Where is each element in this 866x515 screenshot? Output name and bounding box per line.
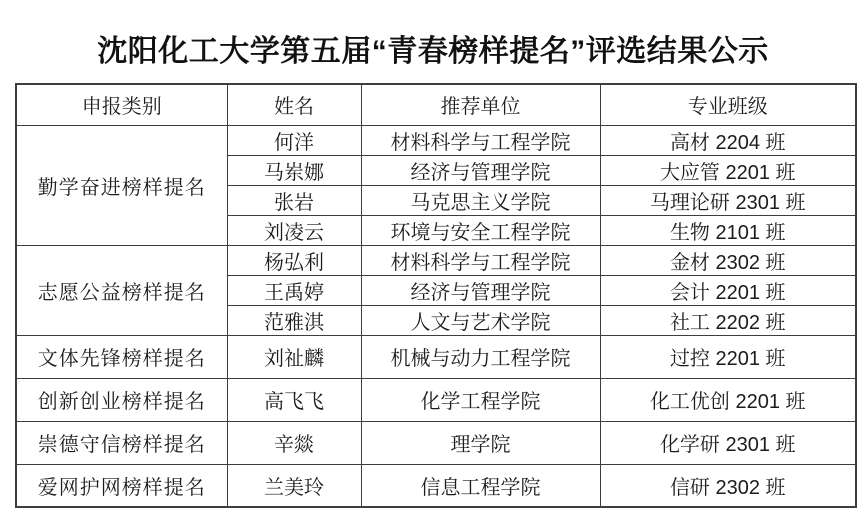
category-cell: 勤学奋进榜样提名 bbox=[16, 125, 227, 245]
category-cell: 志愿公益榜样提名 bbox=[16, 245, 227, 335]
unit-cell: 材料科学与工程学院 bbox=[361, 125, 600, 155]
unit-cell: 经济与管理学院 bbox=[361, 155, 600, 185]
class-cell: 高材 2204 班 bbox=[600, 125, 856, 155]
unit-cell: 经济与管理学院 bbox=[361, 275, 600, 305]
unit-cell: 信息工程学院 bbox=[361, 464, 600, 507]
class-cell: 信研 2302 班 bbox=[600, 464, 856, 507]
header-cell-category: 申报类别 bbox=[16, 84, 227, 125]
unit-cell: 化学工程学院 bbox=[361, 378, 600, 421]
results-table: 申报类别 姓名 推荐单位 专业班级 勤学奋进榜样提名 何洋 材料科学与工程学院 … bbox=[15, 83, 857, 508]
table-row: 文体先锋榜样提名 刘祉麟 机械与动力工程学院 过控 2201 班 bbox=[16, 335, 856, 378]
unit-cell: 理学院 bbox=[361, 421, 600, 464]
header-row: 申报类别 姓名 推荐单位 专业班级 bbox=[16, 84, 856, 125]
announcement-page: 沈阳化工大学第五届“青春榜样提名”评选结果公示 申报类别 姓名 推荐单位 专业班… bbox=[0, 0, 866, 515]
header-cell-unit: 推荐单位 bbox=[361, 84, 600, 125]
name-cell: 张岩 bbox=[227, 185, 361, 215]
unit-cell: 材料科学与工程学院 bbox=[361, 245, 600, 275]
table-row: 崇德守信榜样提名 辛燚 理学院 化学研 2301 班 bbox=[16, 421, 856, 464]
category-cell: 崇德守信榜样提名 bbox=[16, 421, 227, 464]
name-cell: 高飞飞 bbox=[227, 378, 361, 421]
name-cell: 刘祉麟 bbox=[227, 335, 361, 378]
unit-cell: 环境与安全工程学院 bbox=[361, 215, 600, 245]
table-row: 志愿公益榜样提名 杨弘利 材料科学与工程学院 金材 2302 班 bbox=[16, 245, 856, 275]
class-cell: 社工 2202 班 bbox=[600, 305, 856, 335]
class-cell: 大应管 2201 班 bbox=[600, 155, 856, 185]
name-cell: 辛燚 bbox=[227, 421, 361, 464]
name-cell: 兰美玲 bbox=[227, 464, 361, 507]
page-title: 沈阳化工大学第五届“青春榜样提名”评选结果公示 bbox=[0, 26, 866, 70]
header-cell-name: 姓名 bbox=[227, 84, 361, 125]
category-cell: 创新创业榜样提名 bbox=[16, 378, 227, 421]
class-cell: 生物 2101 班 bbox=[600, 215, 856, 245]
name-cell: 王禹婷 bbox=[227, 275, 361, 305]
name-cell: 杨弘利 bbox=[227, 245, 361, 275]
name-cell: 马岽娜 bbox=[227, 155, 361, 185]
unit-cell: 机械与动力工程学院 bbox=[361, 335, 600, 378]
unit-cell: 人文与艺术学院 bbox=[361, 305, 600, 335]
table-row: 勤学奋进榜样提名 何洋 材料科学与工程学院 高材 2204 班 bbox=[16, 125, 856, 155]
unit-cell: 马克思主义学院 bbox=[361, 185, 600, 215]
category-cell: 爱网护网榜样提名 bbox=[16, 464, 227, 507]
table-row: 爱网护网榜样提名 兰美玲 信息工程学院 信研 2302 班 bbox=[16, 464, 856, 507]
class-cell: 过控 2201 班 bbox=[600, 335, 856, 378]
table-row: 创新创业榜样提名 高飞飞 化学工程学院 化工优创 2201 班 bbox=[16, 378, 856, 421]
class-cell: 化学研 2301 班 bbox=[600, 421, 856, 464]
name-cell: 刘凌云 bbox=[227, 215, 361, 245]
class-cell: 马理论研 2301 班 bbox=[600, 185, 856, 215]
class-cell: 化工优创 2201 班 bbox=[600, 378, 856, 421]
category-cell: 文体先锋榜样提名 bbox=[16, 335, 227, 378]
name-cell: 范雅淇 bbox=[227, 305, 361, 335]
header-cell-class: 专业班级 bbox=[600, 84, 856, 125]
class-cell: 会计 2201 班 bbox=[600, 275, 856, 305]
name-cell: 何洋 bbox=[227, 125, 361, 155]
class-cell: 金材 2302 班 bbox=[600, 245, 856, 275]
